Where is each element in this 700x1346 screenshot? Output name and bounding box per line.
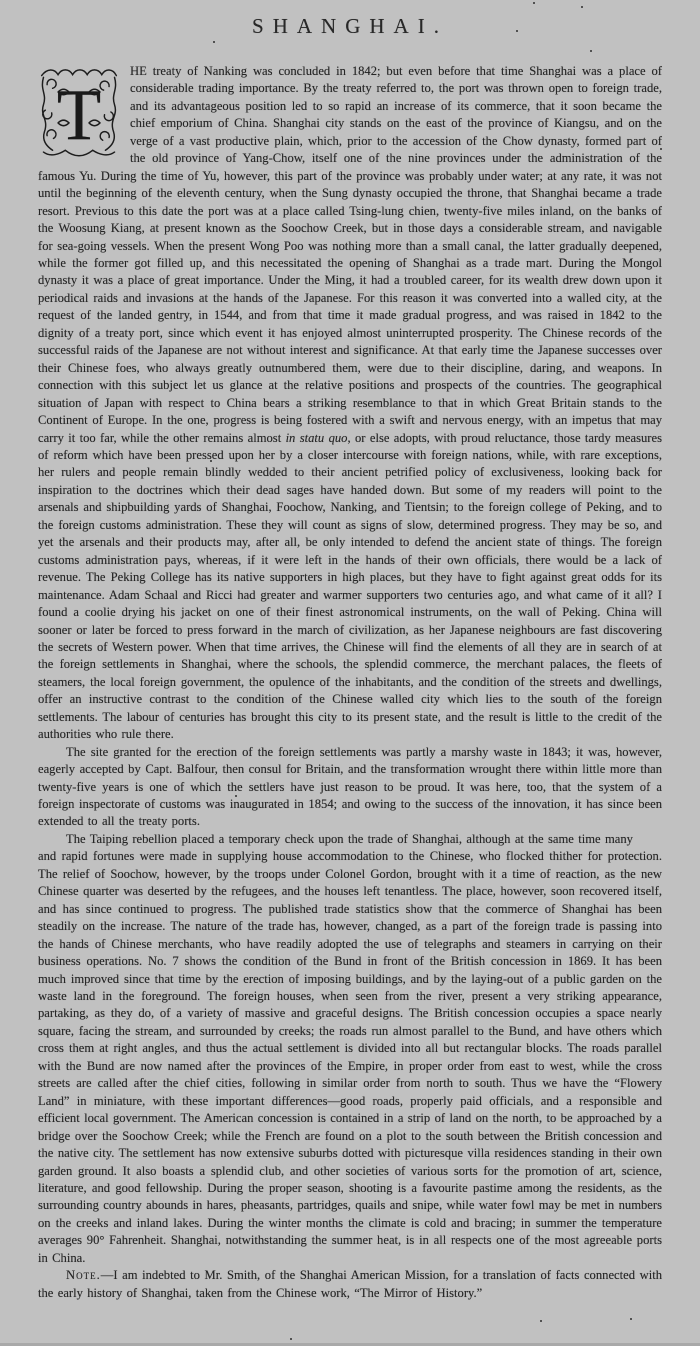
scan-speck bbox=[630, 1318, 632, 1320]
scan-speck bbox=[516, 30, 518, 32]
scan-speck bbox=[660, 148, 662, 150]
paragraph-3-continuation: and rapid fortunes were made in supplyin… bbox=[38, 848, 662, 1267]
scan-speck bbox=[590, 50, 592, 52]
scan-speck bbox=[290, 1338, 292, 1340]
paragraph-3-first-line: The Taiping rebellion placed a temporary… bbox=[38, 831, 662, 848]
scan-speck bbox=[581, 6, 583, 8]
scanned-book-page: SHANGHAI. bbox=[0, 0, 700, 1346]
paragraph-1-text-b: , or else adopts, with proud reluctance,… bbox=[38, 431, 662, 742]
paragraph-2: The site granted for the erection of the… bbox=[38, 744, 662, 831]
paragraph-1: T HE treaty of Nanking was concluded in … bbox=[38, 63, 662, 744]
scan-speck bbox=[235, 795, 237, 797]
footnote-text: —I am indebted to Mr. Smith, of the Shan… bbox=[38, 1268, 662, 1299]
footnote: Note.—I am indebted to Mr. Smith, of the… bbox=[38, 1267, 662, 1302]
page-title: SHANGHAI. bbox=[38, 14, 662, 39]
scan-speck bbox=[210, 460, 212, 462]
ornamental-dropcap: T bbox=[38, 66, 120, 158]
dropcap-letter: T bbox=[57, 74, 102, 155]
latin-phrase-italic: in statu quo bbox=[286, 431, 348, 445]
scan-speck bbox=[213, 41, 215, 43]
scan-speck bbox=[540, 1320, 542, 1322]
paragraph-1-text-a: HE treaty of Nanking was concluded in 18… bbox=[38, 64, 662, 445]
scan-speck bbox=[533, 2, 535, 4]
footnote-label: Note. bbox=[66, 1268, 101, 1282]
article-body: T HE treaty of Nanking was concluded in … bbox=[38, 63, 662, 1302]
dropcap-woodcut-icon: T bbox=[38, 66, 120, 158]
